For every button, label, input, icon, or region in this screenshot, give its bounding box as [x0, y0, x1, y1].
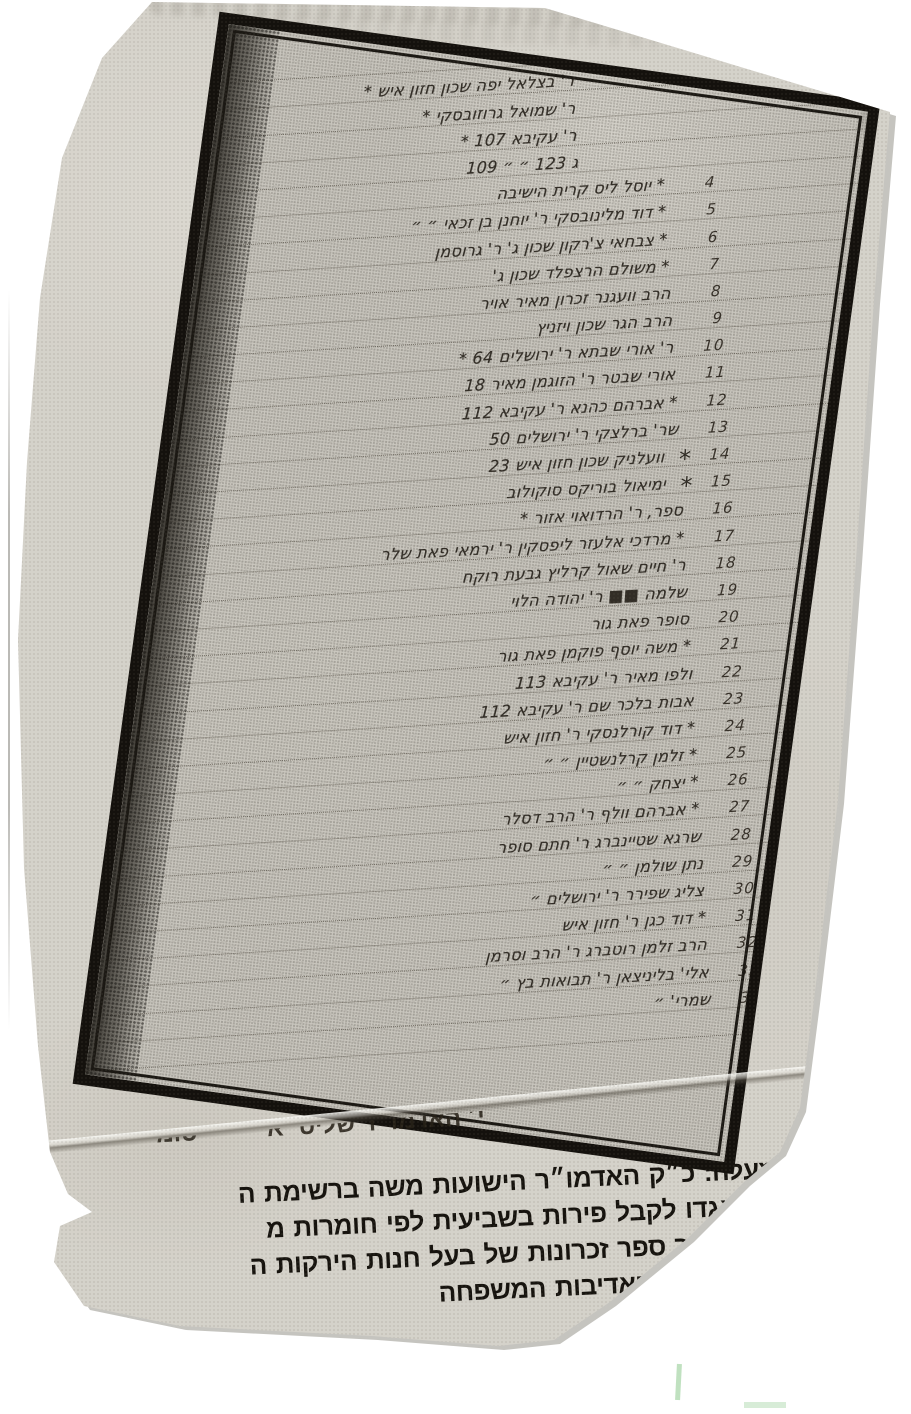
- ledger-row-number: 5: [676, 200, 717, 220]
- scanned-newspaper-clipping: { "colors": { "newsprint_paper": "#d5d2c…: [0, 0, 911, 1414]
- ledger-row-number: 6: [677, 227, 718, 247]
- ledger-row-number: 27: [709, 797, 750, 817]
- ledger-row-number: 14: [689, 444, 730, 464]
- caption-block: למעלה: כ״ק האדמו״ר הישועות משה ברשימת ה …: [41, 1150, 797, 1329]
- ledger-row-number: 21: [700, 634, 741, 654]
- ledger-row-number: 13: [688, 417, 729, 437]
- margin-scribble-mark: *: [678, 452, 691, 465]
- ledger-row-number: 28: [711, 824, 752, 844]
- ledger-row-number: 15: [691, 471, 732, 491]
- ledger-row-number: 31: [715, 906, 756, 926]
- ledger-row-number: 33: [718, 960, 759, 980]
- ledger-row-number: 23: [703, 689, 744, 709]
- ledger-row-number: 16: [692, 498, 733, 518]
- ledger-row-number: 24: [705, 716, 746, 736]
- ledger-row-number: 29: [712, 851, 753, 871]
- ledger-row-number: 9: [682, 308, 723, 328]
- ledger-row-number: 26: [708, 770, 749, 790]
- ledger-row-number: 7: [679, 254, 720, 274]
- ledger-row-number: 34: [720, 987, 761, 1007]
- ledger-row-number: 25: [706, 743, 747, 763]
- ledger-row-number: 30: [714, 879, 755, 899]
- ledger-row-number: 19: [697, 580, 738, 600]
- ledger-row-number: [668, 55, 708, 57]
- ledger-row-number: 11: [685, 363, 726, 383]
- ledger-row-number: [722, 1032, 762, 1034]
- ledger-row-number: 4: [674, 173, 715, 193]
- green-scan-mark: [744, 1402, 786, 1408]
- ledger-row-number: 8: [680, 281, 721, 301]
- ledger-row-number: 18: [695, 553, 736, 573]
- ledger-photo-frame: ר' בצלאל יפה שכון חזון איש * ר' שמואל גר…: [73, 12, 881, 1175]
- margin-scribble-mark: *: [679, 480, 692, 493]
- ledger-row-number: 22: [701, 661, 742, 681]
- scanner-edge-line: [8, 290, 10, 1030]
- handwritten-ledger-page: ר' בצלאל יפה שכון חזון איש * ר' שמואל גר…: [73, 12, 881, 1175]
- ledger-row-number: 32: [717, 933, 758, 953]
- ledger-row-number: 10: [683, 336, 724, 356]
- ledger-row-number: 17: [694, 526, 735, 546]
- green-scan-mark: [675, 1364, 682, 1400]
- ledger-row-text: שמרי' ״: [653, 989, 711, 1011]
- ledger-row-number: 20: [698, 607, 739, 627]
- torn-newsprint-clipping: ר' בצלאל יפה שכון חזון איש * ר' שמואל גר…: [0, 0, 911, 1414]
- ledger-row-number: 12: [686, 390, 727, 410]
